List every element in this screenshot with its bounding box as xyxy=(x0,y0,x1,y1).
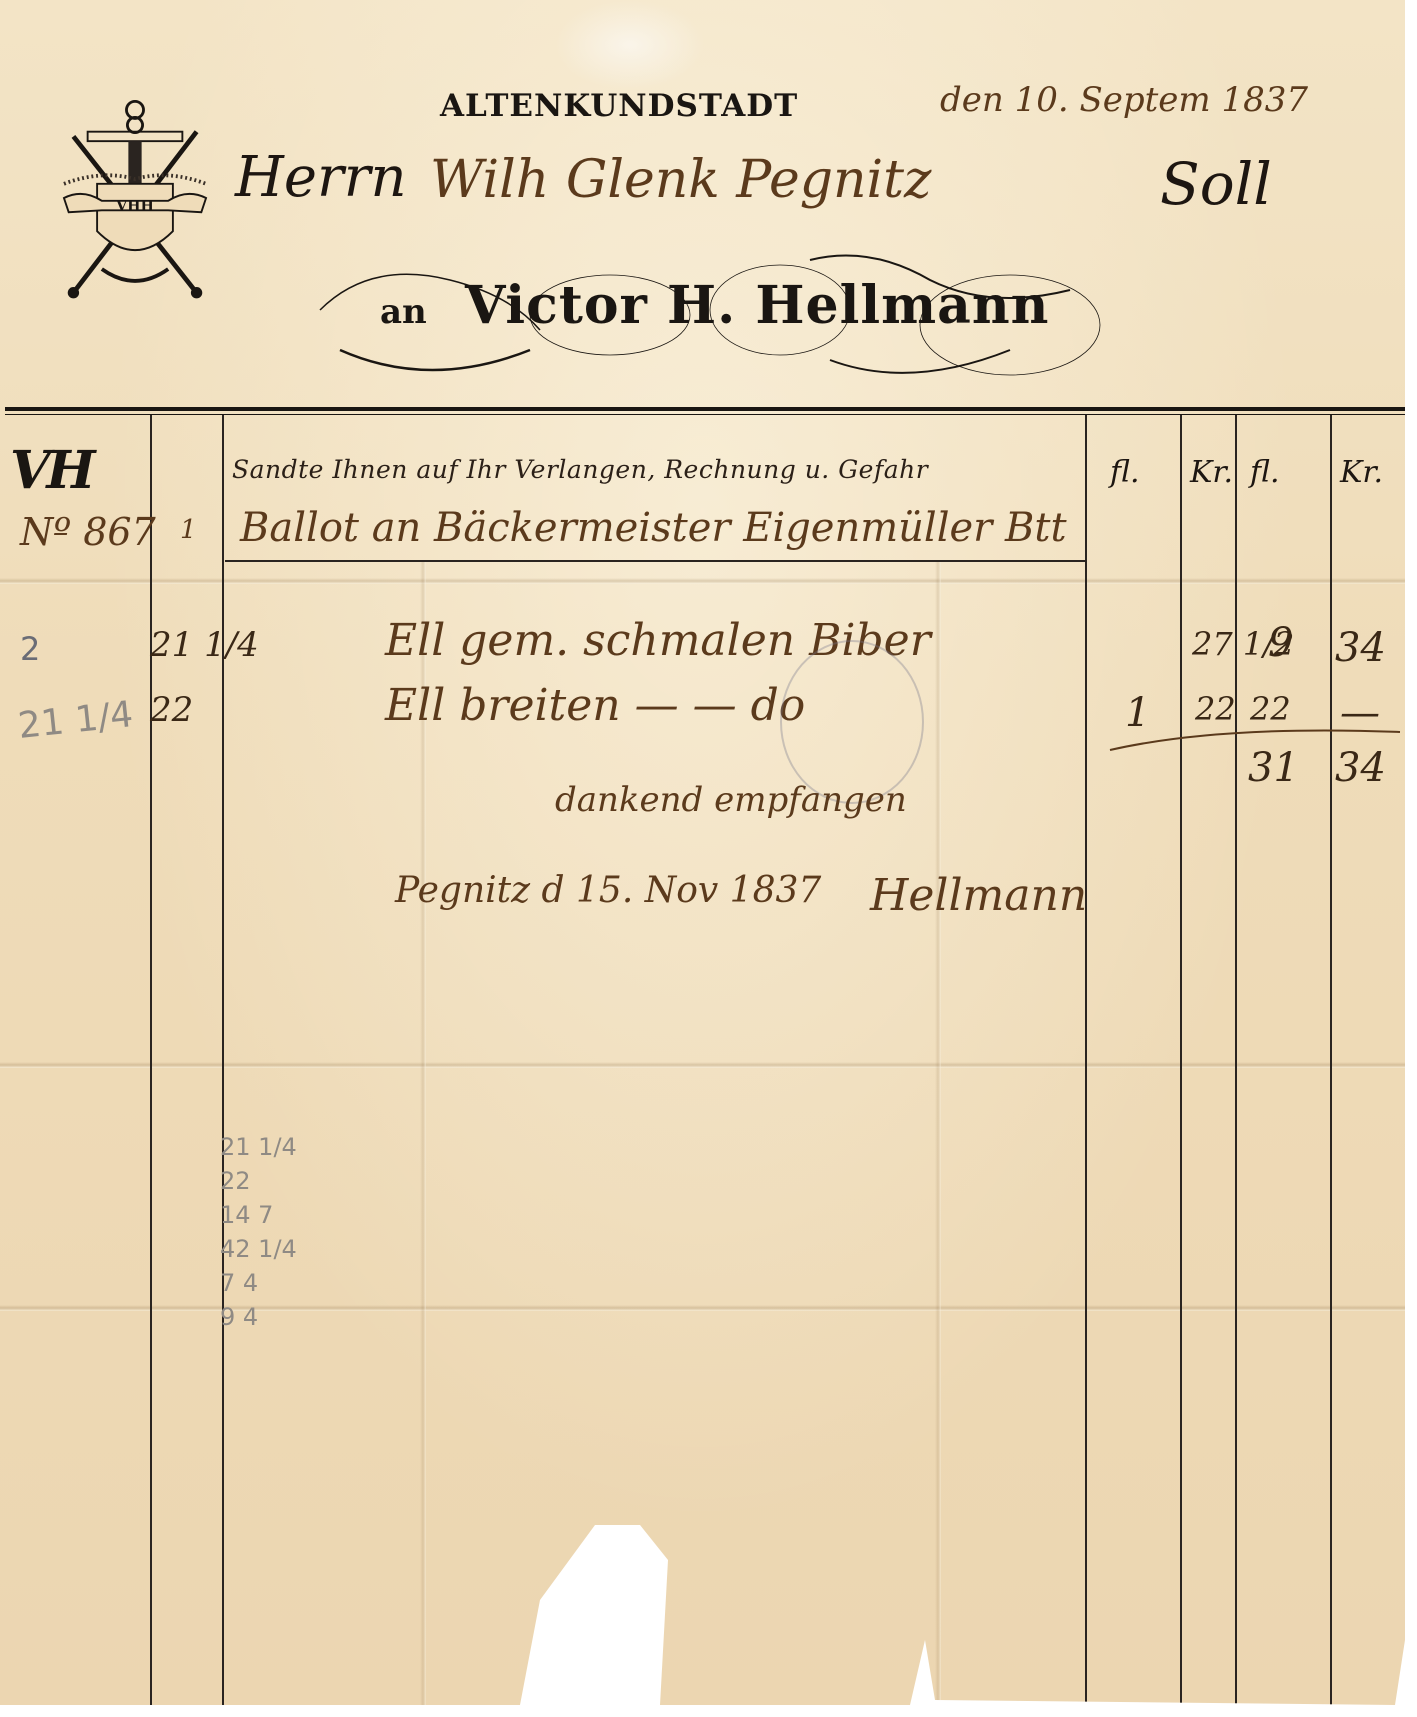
invoice-date: den 10. Septem 1837 xyxy=(940,80,1308,120)
row-total-fl: 9 xyxy=(1268,620,1293,666)
ledger-mark: VH xyxy=(10,440,91,501)
margin-note: 2 xyxy=(20,630,40,668)
column-header-kr: Kr. xyxy=(1190,455,1233,490)
receipt-note: dankend empfangen xyxy=(555,780,907,820)
column-rule xyxy=(1180,415,1182,1705)
column-rule xyxy=(1235,415,1237,1705)
calc-line: 9 4 xyxy=(220,1300,297,1334)
anchor-crest-icon: VHH xyxy=(45,88,225,308)
svg-text:VHH: VHH xyxy=(115,198,154,214)
signature: Hellmann xyxy=(870,870,1087,921)
row-quantity: 21 1/4 xyxy=(150,625,259,665)
fold-line xyxy=(420,560,426,1705)
header-row-rule xyxy=(225,560,1085,562)
customer-name: Wilh Glenk Pegnitz xyxy=(430,150,931,210)
calc-line: 21 1/4 xyxy=(220,1130,297,1164)
calc-line: 22 xyxy=(220,1164,297,1198)
shipment-count: 1 xyxy=(180,515,197,545)
total-fl: 31 xyxy=(1248,745,1299,791)
column-rule xyxy=(1085,415,1087,1705)
fold-line xyxy=(0,1062,1405,1068)
calc-line: 7 4 xyxy=(220,1266,297,1300)
calc-line: 42 1/4 xyxy=(220,1232,297,1266)
column-rule xyxy=(1330,415,1332,1705)
town-heading: ALTENKUNDSTADT xyxy=(440,88,798,124)
soll-label: Soll xyxy=(1160,150,1272,218)
row-total-kr: 34 xyxy=(1335,625,1386,671)
row-description: Ell breiten — — do xyxy=(385,680,805,731)
shipment-line: Ballot an Bäckermeister Eigenmüller Btt xyxy=(240,505,1067,551)
column-header-fl: fl. xyxy=(1110,455,1140,490)
column-rule xyxy=(222,415,224,1705)
margin-note: 21 1/4 xyxy=(16,694,135,747)
fold-line xyxy=(0,1305,1405,1311)
row-quantity: 22 xyxy=(150,690,193,730)
receipt-place-date: Pegnitz d 15. Nov 1837 xyxy=(395,870,821,911)
fold-line xyxy=(935,560,941,1705)
salutation: Herrn xyxy=(235,145,407,210)
reference-number: Nº 867 xyxy=(20,510,156,554)
invoice-paper: VHH ALTENKUNDSTADT den 10. Septem 1837 H… xyxy=(0,0,1405,1705)
table-top-rule-thin xyxy=(5,414,1405,415)
worn-spot xyxy=(555,0,705,90)
column-header-fl-total: fl. xyxy=(1250,455,1280,490)
column-header-kr-total: Kr. xyxy=(1340,455,1383,490)
table-top-rule xyxy=(5,407,1405,411)
total-kr: 34 xyxy=(1335,745,1386,791)
table-intro: Sandte Ihnen auf Ihr Verlangen, Rechnung… xyxy=(232,455,928,484)
calligraphic-flourish xyxy=(310,240,1110,390)
column-rule xyxy=(150,415,152,1705)
calc-line: 14 7 xyxy=(220,1198,297,1232)
fold-line xyxy=(0,578,1405,584)
pencil-calculation: 21 1/4 22 14 7 42 1/4 7 4 9 4 xyxy=(220,1130,297,1334)
